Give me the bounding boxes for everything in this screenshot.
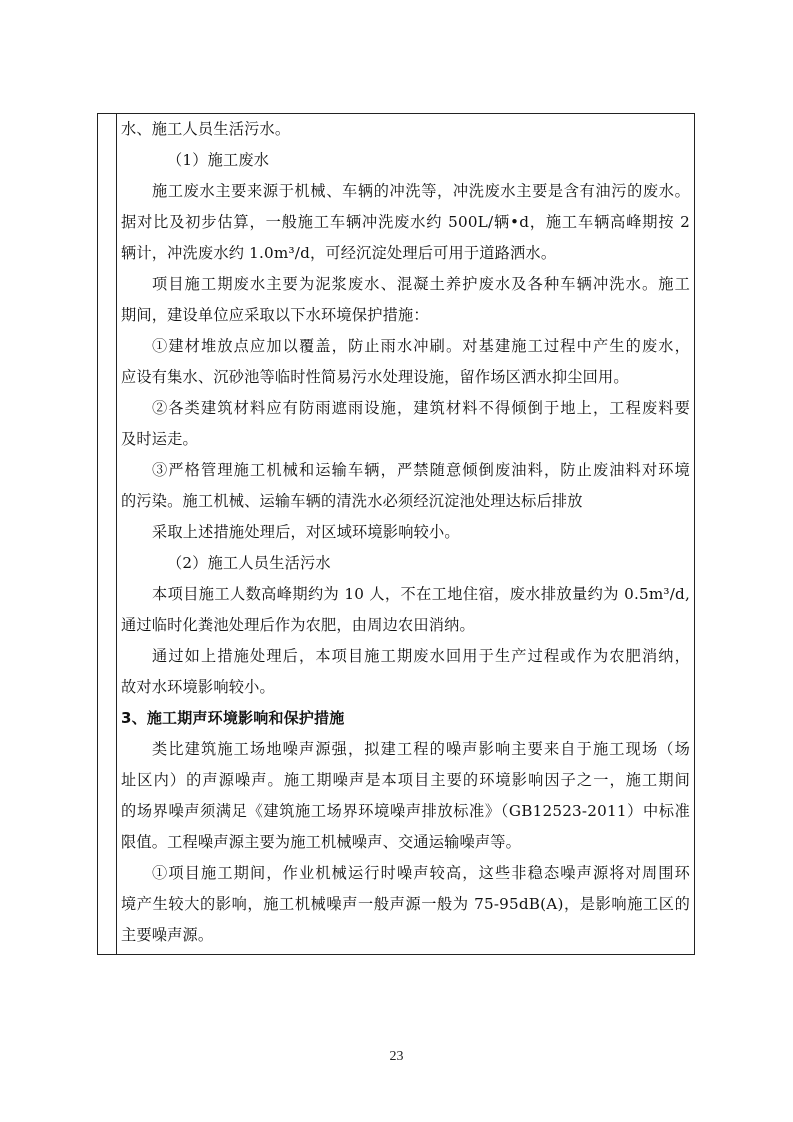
text-line: 辆计，冲洗废水约 1.0m³/d，可经沉淀处理后可用于道路洒水。: [121, 238, 690, 269]
text-line: ①项目施工期间，作业机械运行时噪声较高，这些非稳态噪声源将对周围环: [121, 858, 690, 889]
text-line: ③严格管理施工机械和运输车辆，严禁随意倾倒废油料，防止废油料对环境: [121, 455, 690, 486]
text-line: 期间，建设单位应采取以下水环境保护措施：: [121, 300, 690, 331]
section-heading-noise: 3、施工期声环境影响和保护措施: [121, 703, 690, 734]
text-line: 类比建筑施工场地噪声源强，拟建工程的噪声影响主要来自于施工现场（场: [121, 734, 690, 765]
text-line: 水、施工人员生活污水。: [121, 114, 690, 145]
page-number: 23: [0, 1049, 793, 1065]
text-line: 的污染。施工机械、运输车辆的清洗水必须经沉淀池处理达标后排放: [121, 486, 690, 517]
subheading-worker-sewage: （2）施工人员生活污水: [121, 548, 690, 579]
table-content-cell: 水、施工人员生活污水。 （1）施工废水 施工废水主要来源于机械、车辆的冲洗等，冲…: [117, 114, 694, 954]
text-line: 的场界噪声须满足《建筑施工场界环境噪声排放标准》（GB12523-2011）中标…: [121, 796, 690, 827]
text-line: 据对比及初步估算，一般施工车辆冲洗废水约 500L/辆•d，施工车辆高峰期按 2: [121, 207, 690, 238]
text-line: 境产生较大的影响，施工机械噪声一般声源一般为 75-95dB(A)，是影响施工区…: [121, 889, 690, 920]
text-line: 项目施工期废水主要为泥浆废水、混凝土养护废水及各种车辆冲洗水。施工: [121, 269, 690, 300]
text-line: 通过临时化粪池处理后作为农肥，由周边农田消纳。: [121, 610, 690, 641]
text-line: 故对水环境影响较小。: [121, 672, 690, 703]
text-line: 施工废水主要来源于机械、车辆的冲洗等，冲洗废水主要是含有油污的废水。: [121, 176, 690, 207]
text-line: 应设有集水、沉砂池等临时性简易污水处理设施，留作场区洒水抑尘回用。: [121, 362, 690, 393]
text-line: 及时运走。: [121, 424, 690, 455]
content-table: 水、施工人员生活污水。 （1）施工废水 施工废水主要来源于机械、车辆的冲洗等，冲…: [97, 113, 695, 955]
text-line: ②各类建筑材料应有防雨遮雨设施，建筑材料不得倾倒于地上，工程废料要: [121, 393, 690, 424]
text-line: 限值。工程噪声源主要为施工机械噪声、交通运输噪声等。: [121, 827, 690, 858]
text-line: 主要噪声源。: [121, 920, 690, 951]
text-line: ①建材堆放点应加以覆盖，防止雨水冲刷。对基建施工过程中产生的废水，: [121, 331, 690, 362]
text-line: 采取上述措施处理后，对区域环境影响较小。: [121, 517, 690, 548]
text-line: 址区内）的声源噪声。施工期噪声是本项目主要的环境影响因子之一，施工期间: [121, 765, 690, 796]
subheading-construction-wastewater: （1）施工废水: [121, 145, 690, 176]
text-line: 本项目施工人数高峰期约为 10 人，不在工地住宿，废水排放量约为 0.5m³/d…: [121, 579, 690, 610]
table-left-column: [98, 114, 117, 954]
text-line: 通过如上措施处理后，本项目施工期废水回用于生产过程或作为农肥消纳，: [121, 641, 690, 672]
